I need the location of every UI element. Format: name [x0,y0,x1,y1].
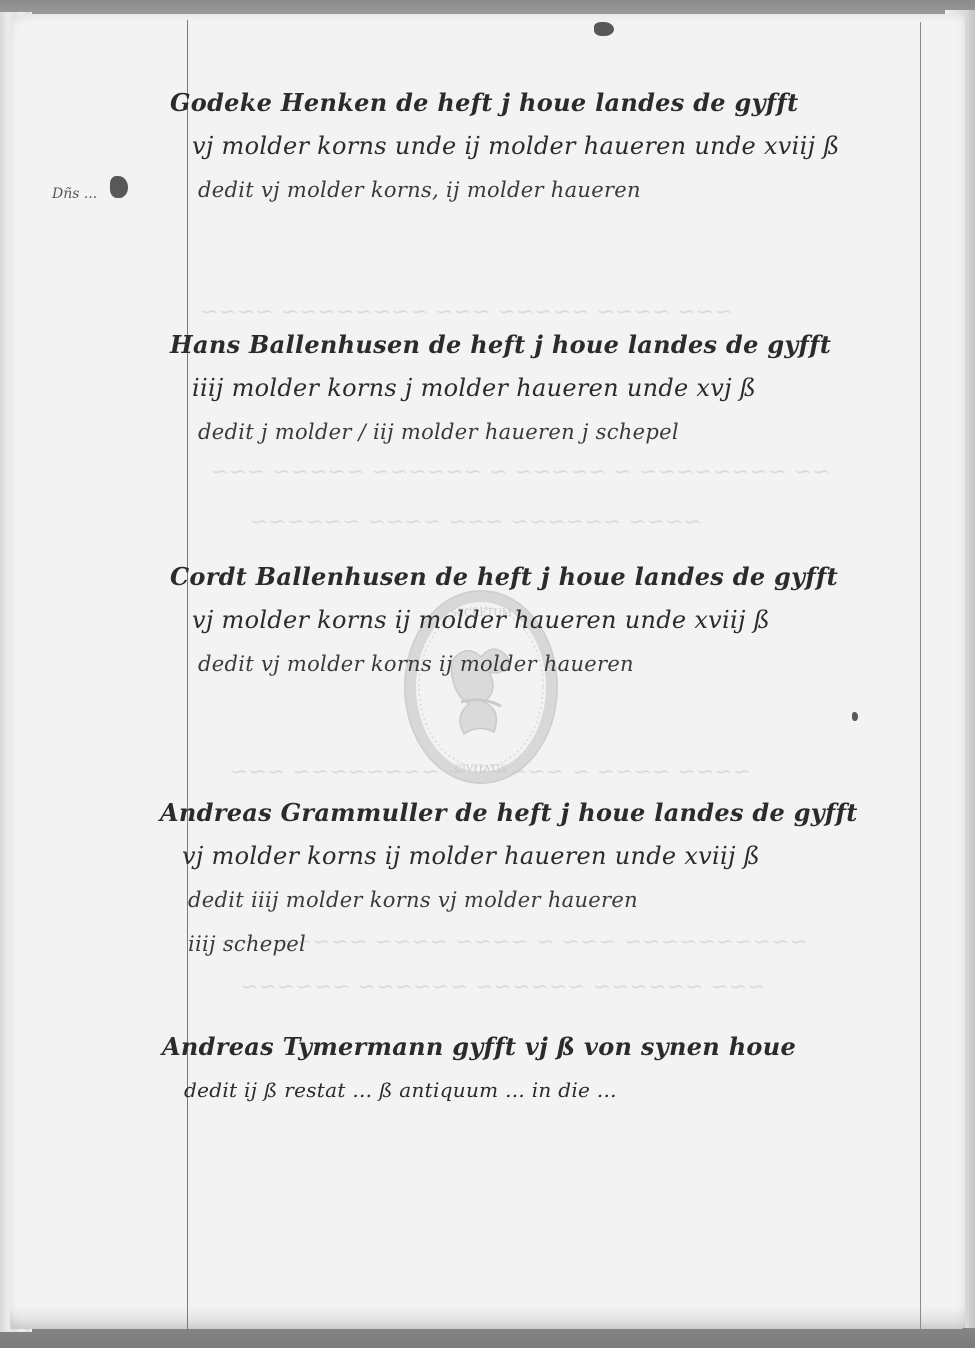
svg-text:CIVITATIS: CIVITATIS [454,764,507,775]
entry-line: iiij schepel [188,932,306,956]
bleed-through-text: ~~~~~~~~~~ ~~~ ~ ~~~~ ~~~~ ~~~~~~~~ [220,930,808,955]
entry-line: vj molder korns ij molder haueren unde x… [192,606,770,634]
entry-line: Cordt Ballenhusen de heft j houe landes … [170,562,838,591]
entry-line: Hans Ballenhusen de heft j houe landes d… [170,330,831,359]
entry-line: dedit vj molder korns ij molder haueren [198,652,634,676]
bleed-through-text: ~~~ ~~~~ ~~~~~ ~~~ ~~~~~~~~ ~~~~ [200,300,733,325]
entry-line: dedit ij ß restat ... ß antiquum ... in … [184,1078,617,1102]
margin-ink-mark [110,176,128,198]
entry-line: vj molder korns unde ij molder haueren u… [192,132,840,160]
entry-line: dedit j molder / iij molder haueren j sc… [198,420,679,444]
bleed-through-text: ~~~ ~~~~~~ ~~~~~~ ~~~~~~ ~~~~~~ [240,975,766,1000]
right-margin-rule [920,22,921,1330]
entry-line: iiij molder korns j molder haueren unde … [192,374,756,402]
entry-line: dedit iiij molder korns vj molder hauere… [188,888,638,912]
entry-line: Andreas Grammuller de heft j houe landes… [160,798,858,827]
ink-dot [852,712,858,721]
bleed-through-text: ~~ ~~~~~~~~ ~ ~~~~~ ~ ~~~~~~ ~~~~~ ~~~ [210,460,830,485]
left-margin-rule [187,20,188,1330]
margin-annotation-text: Dñs ... [52,186,97,202]
ink-blot [594,22,614,36]
entry-line: Andreas Tymermann gyfft vj ß von synen h… [162,1032,796,1061]
entry-line: dedit vj molder korns, ij molder haueren [198,178,641,202]
entry-line: Godeke Henken de heft j houe landes de g… [170,88,798,117]
page-bottom-shadow [10,1307,965,1329]
margin-annotation: Dñs ... [52,186,97,202]
entry-line: vj molder korns ij molder haueren unde x… [182,842,760,870]
bleed-through-text: ~~~~ ~~~~~~ ~~~ ~~~~ ~~~~~~ [250,510,702,535]
